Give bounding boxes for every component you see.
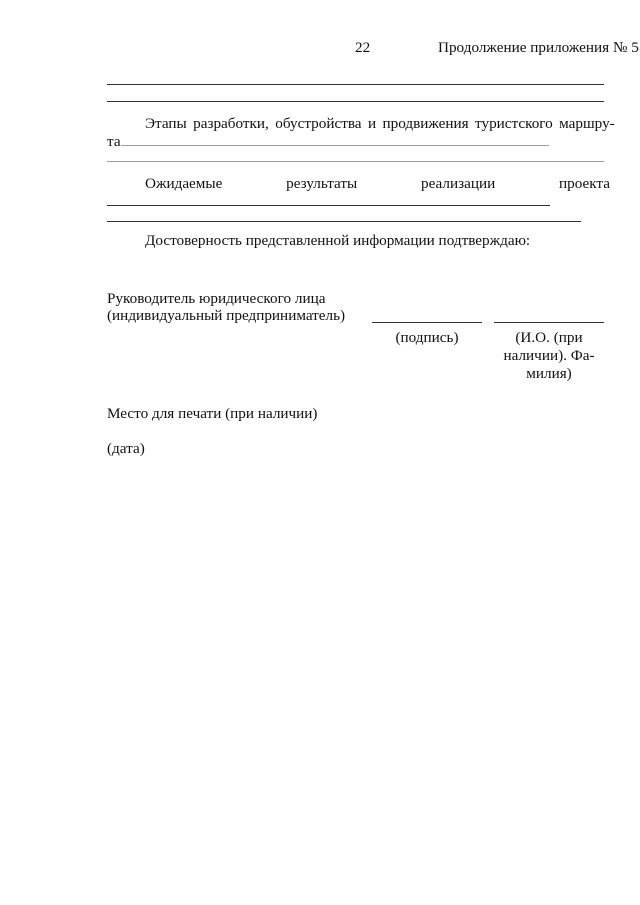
name-line[interactable] — [494, 322, 604, 323]
stamp-place-label: Место для печати (при наличии) — [107, 406, 317, 421]
name-caption-line-3: милия) — [494, 366, 604, 381]
confirmation-text: Достоверность представленной информации … — [145, 233, 530, 248]
blank-line-2[interactable] — [107, 101, 604, 102]
name-caption-line-1: (И.О. (при — [494, 330, 604, 345]
stages-input-line[interactable] — [121, 145, 549, 146]
page-number: 22 — [355, 40, 370, 55]
annex-label: Продолжение приложения № 5 — [438, 40, 639, 55]
stages-label-continuation: та — [107, 134, 121, 149]
stages-input-line-2[interactable] — [107, 161, 604, 162]
signatory-role-line-1: Руководитель юридического лица — [107, 291, 325, 306]
results-word-2: результаты — [286, 176, 357, 191]
date-label: (дата) — [107, 441, 145, 456]
name-caption-line-2: наличии). Фа- — [494, 348, 604, 363]
stages-label: Этапы разработки, обустройства и продвиж… — [145, 116, 615, 131]
results-word-3: реализации — [421, 176, 495, 191]
results-word-4: проекта — [559, 176, 610, 191]
results-input-line-2[interactable] — [107, 221, 581, 222]
signature-caption: (подпись) — [372, 330, 482, 345]
results-label: Ожидаемые результаты реализации проекта — [145, 176, 610, 191]
blank-line-1[interactable] — [107, 84, 604, 85]
signatory-role-line-2: (индивидуальный предприниматель) — [107, 308, 345, 323]
results-word-1: Ожидаемые — [145, 176, 222, 191]
results-input-line-1[interactable] — [107, 205, 550, 206]
signature-line[interactable] — [372, 322, 482, 323]
